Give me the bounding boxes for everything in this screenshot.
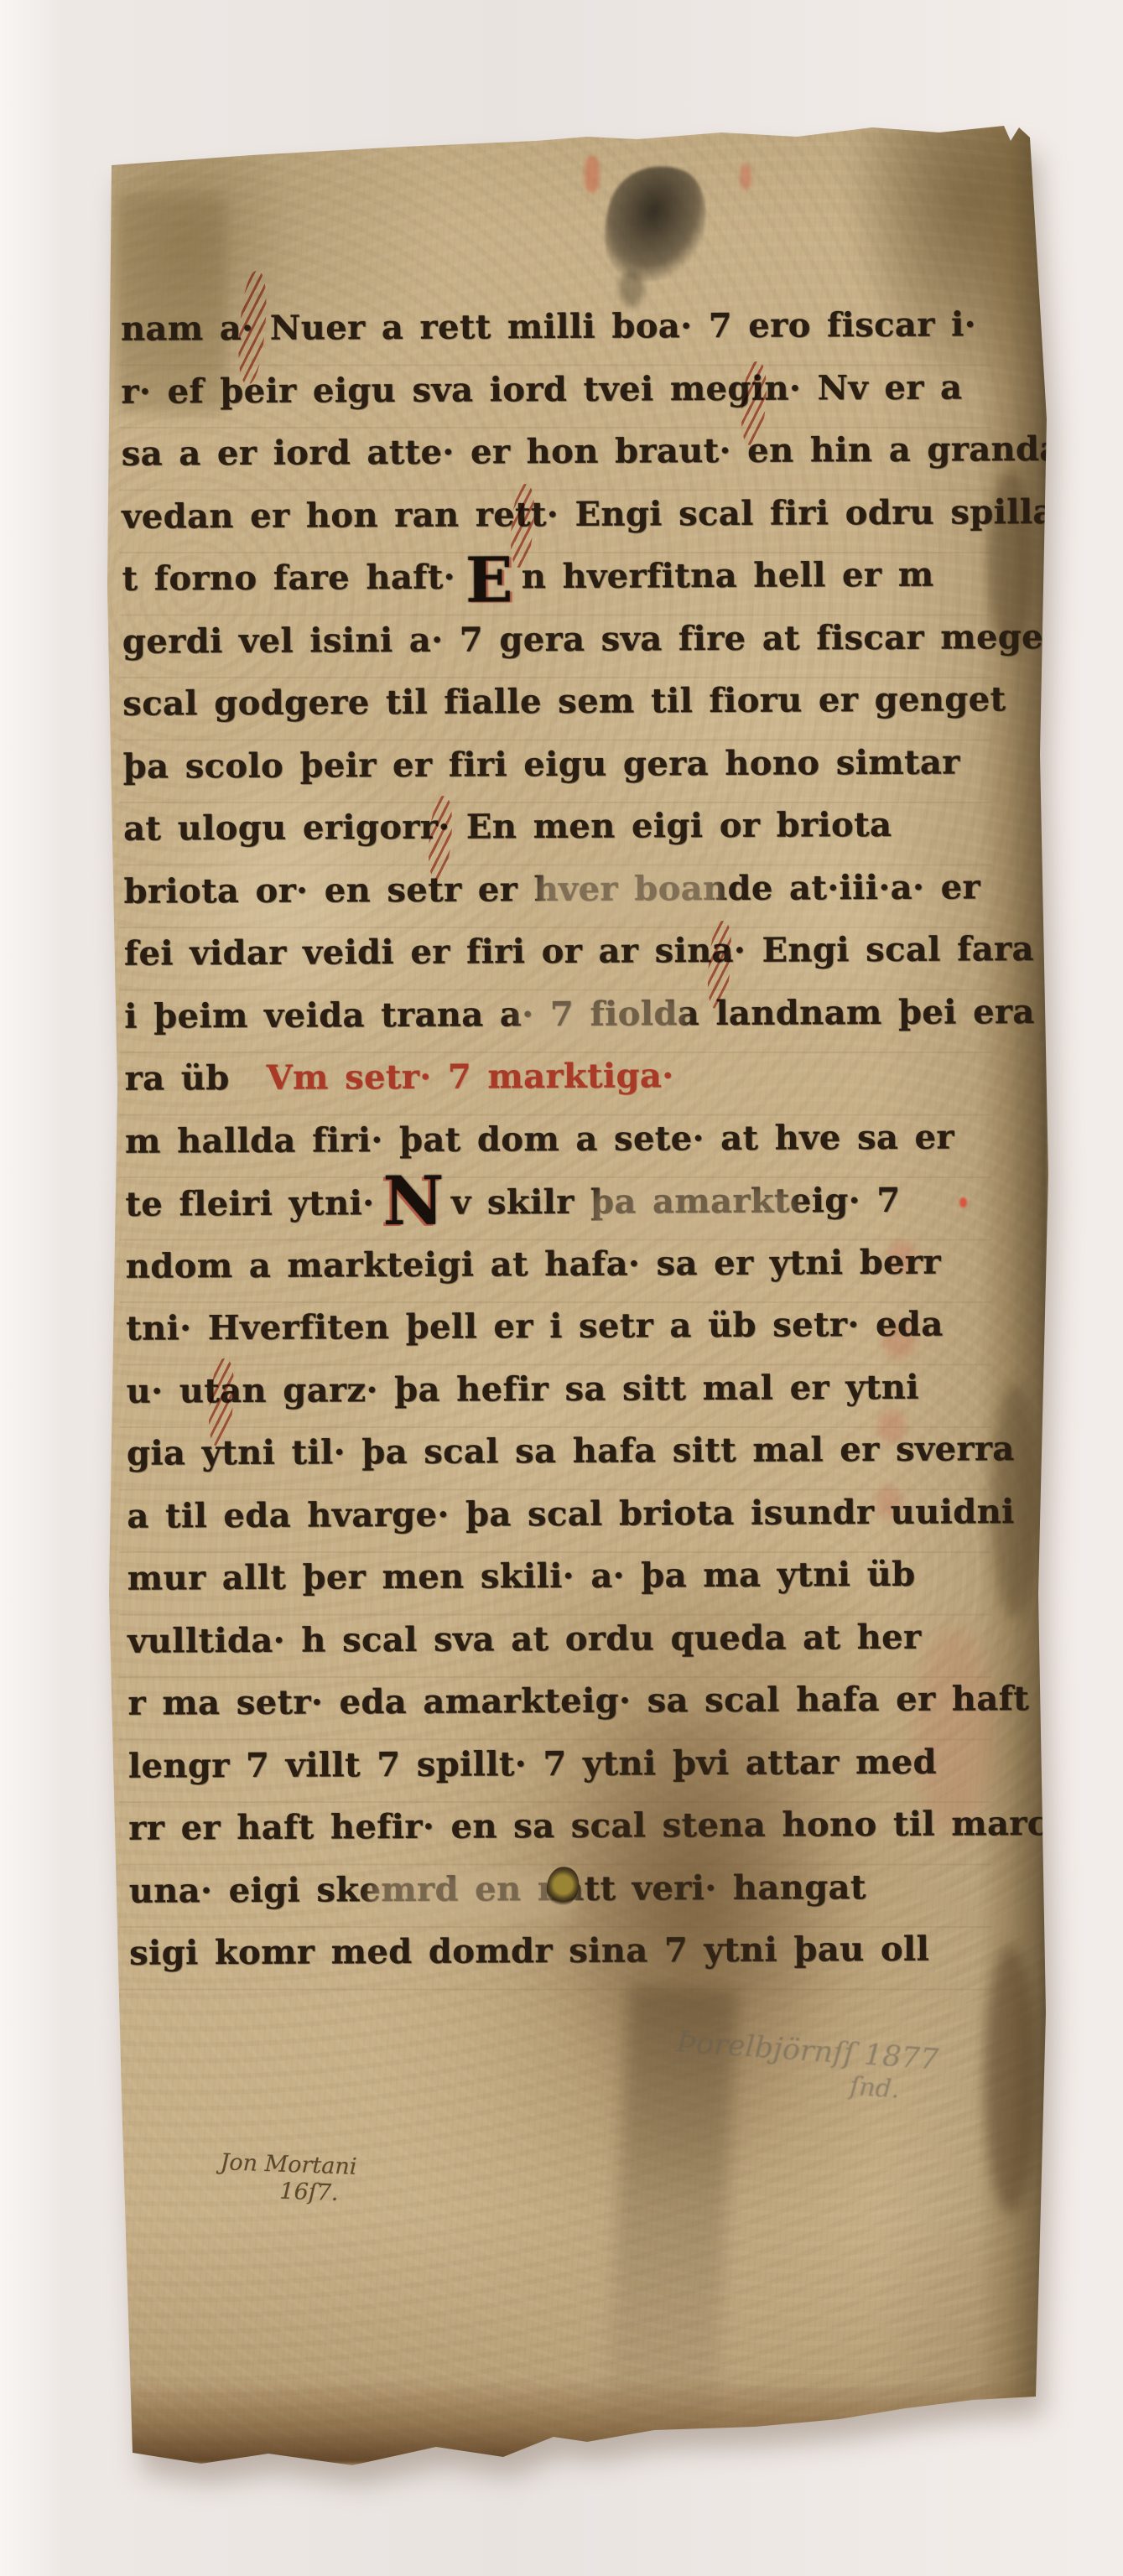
- parchment-leaf: nam a· Nuer a rett milli boa· 7 ero fisc…: [0, 0, 1123, 2576]
- manuscript-line: vedan er hon ran rett· Engi scal firi od…: [122, 494, 1055, 536]
- ink-note-line2: 16ſ7.: [279, 2179, 356, 2209]
- faded-ink-patch: [587, 1187, 797, 1237]
- line-post: n hverfitna hell er m: [522, 555, 934, 597]
- line-pre: te fleiri ytni·: [125, 1183, 374, 1224]
- line-pre: ra üb: [125, 1058, 230, 1098]
- manuscript-line: ndom a markteigi at hafa· sa er ytni ber…: [126, 1244, 941, 1285]
- manuscript-line: u· utan garz· þa hefir sa sitt mal er yt…: [127, 1369, 919, 1410]
- faded-ink-patch: [518, 994, 686, 1041]
- ink-blot-tail: [619, 270, 644, 307]
- manuscript-line: a til eda hvarge· þa scal briota isundr …: [127, 1493, 1015, 1535]
- manuscript-line: ra übVm setr· 7 marktiga·: [125, 1057, 674, 1097]
- manuscript-line: sa a er iord atte· er hon braut· en hin …: [122, 431, 1062, 473]
- ink-ownership-note: Jon Mortani 16ſ7.: [219, 2149, 357, 2208]
- manuscript-line: gia ytni til· þa scal sa hafa sitt mal e…: [127, 1431, 1015, 1472]
- decorated-initial-n: N: [382, 1184, 445, 1218]
- manuscript-line: fei vidar veidi er firi or ar sina· Engi…: [124, 931, 1034, 973]
- manuscript-line: vulltida· h scal sva at ordu queda at he…: [127, 1619, 922, 1660]
- manuscript-line: mur allt þer men skili· a· þa ma ytni üb: [127, 1556, 916, 1597]
- manuscript-line: þa scolo þeir er firi eigu gera hono sim…: [123, 745, 960, 786]
- pencil-note-line2: ſnd.: [849, 2072, 937, 2108]
- line-pre: t forno fare haft·: [122, 558, 455, 599]
- parchment-leaf-wrap: nam a· Nuer a rett milli boa· 7 ero fisc…: [0, 0, 1123, 2576]
- manuscript-line: m hallda firi· þat dom a sete· at hve sa…: [125, 1119, 954, 1161]
- text-block: nam a· Nuer a rett milli boa· 7 ero fisc…: [0, 0, 1123, 2576]
- decorated-initial-e: E: [465, 563, 513, 597]
- manuscript-line: scal godgere til fialle sem til fioru er…: [122, 681, 1006, 723]
- manuscript-line: t forno fare haft·En hverfitna hell er m: [122, 557, 933, 600]
- manuscript-line: at ulogu erigorr· En men eigi or briota: [123, 807, 892, 848]
- ink-note-line1: Jon Mortani: [220, 2149, 357, 2181]
- chapter-rubric: Vm setr· 7 marktiga·: [267, 1056, 674, 1098]
- manuscript-line: gerdi vel isini a· 7 gera sva fire at fi…: [122, 619, 1043, 661]
- faded-ink-patch: [537, 865, 721, 917]
- manuscript-line: tni· Hverfiten þell er i setr a üb setr·…: [126, 1306, 944, 1348]
